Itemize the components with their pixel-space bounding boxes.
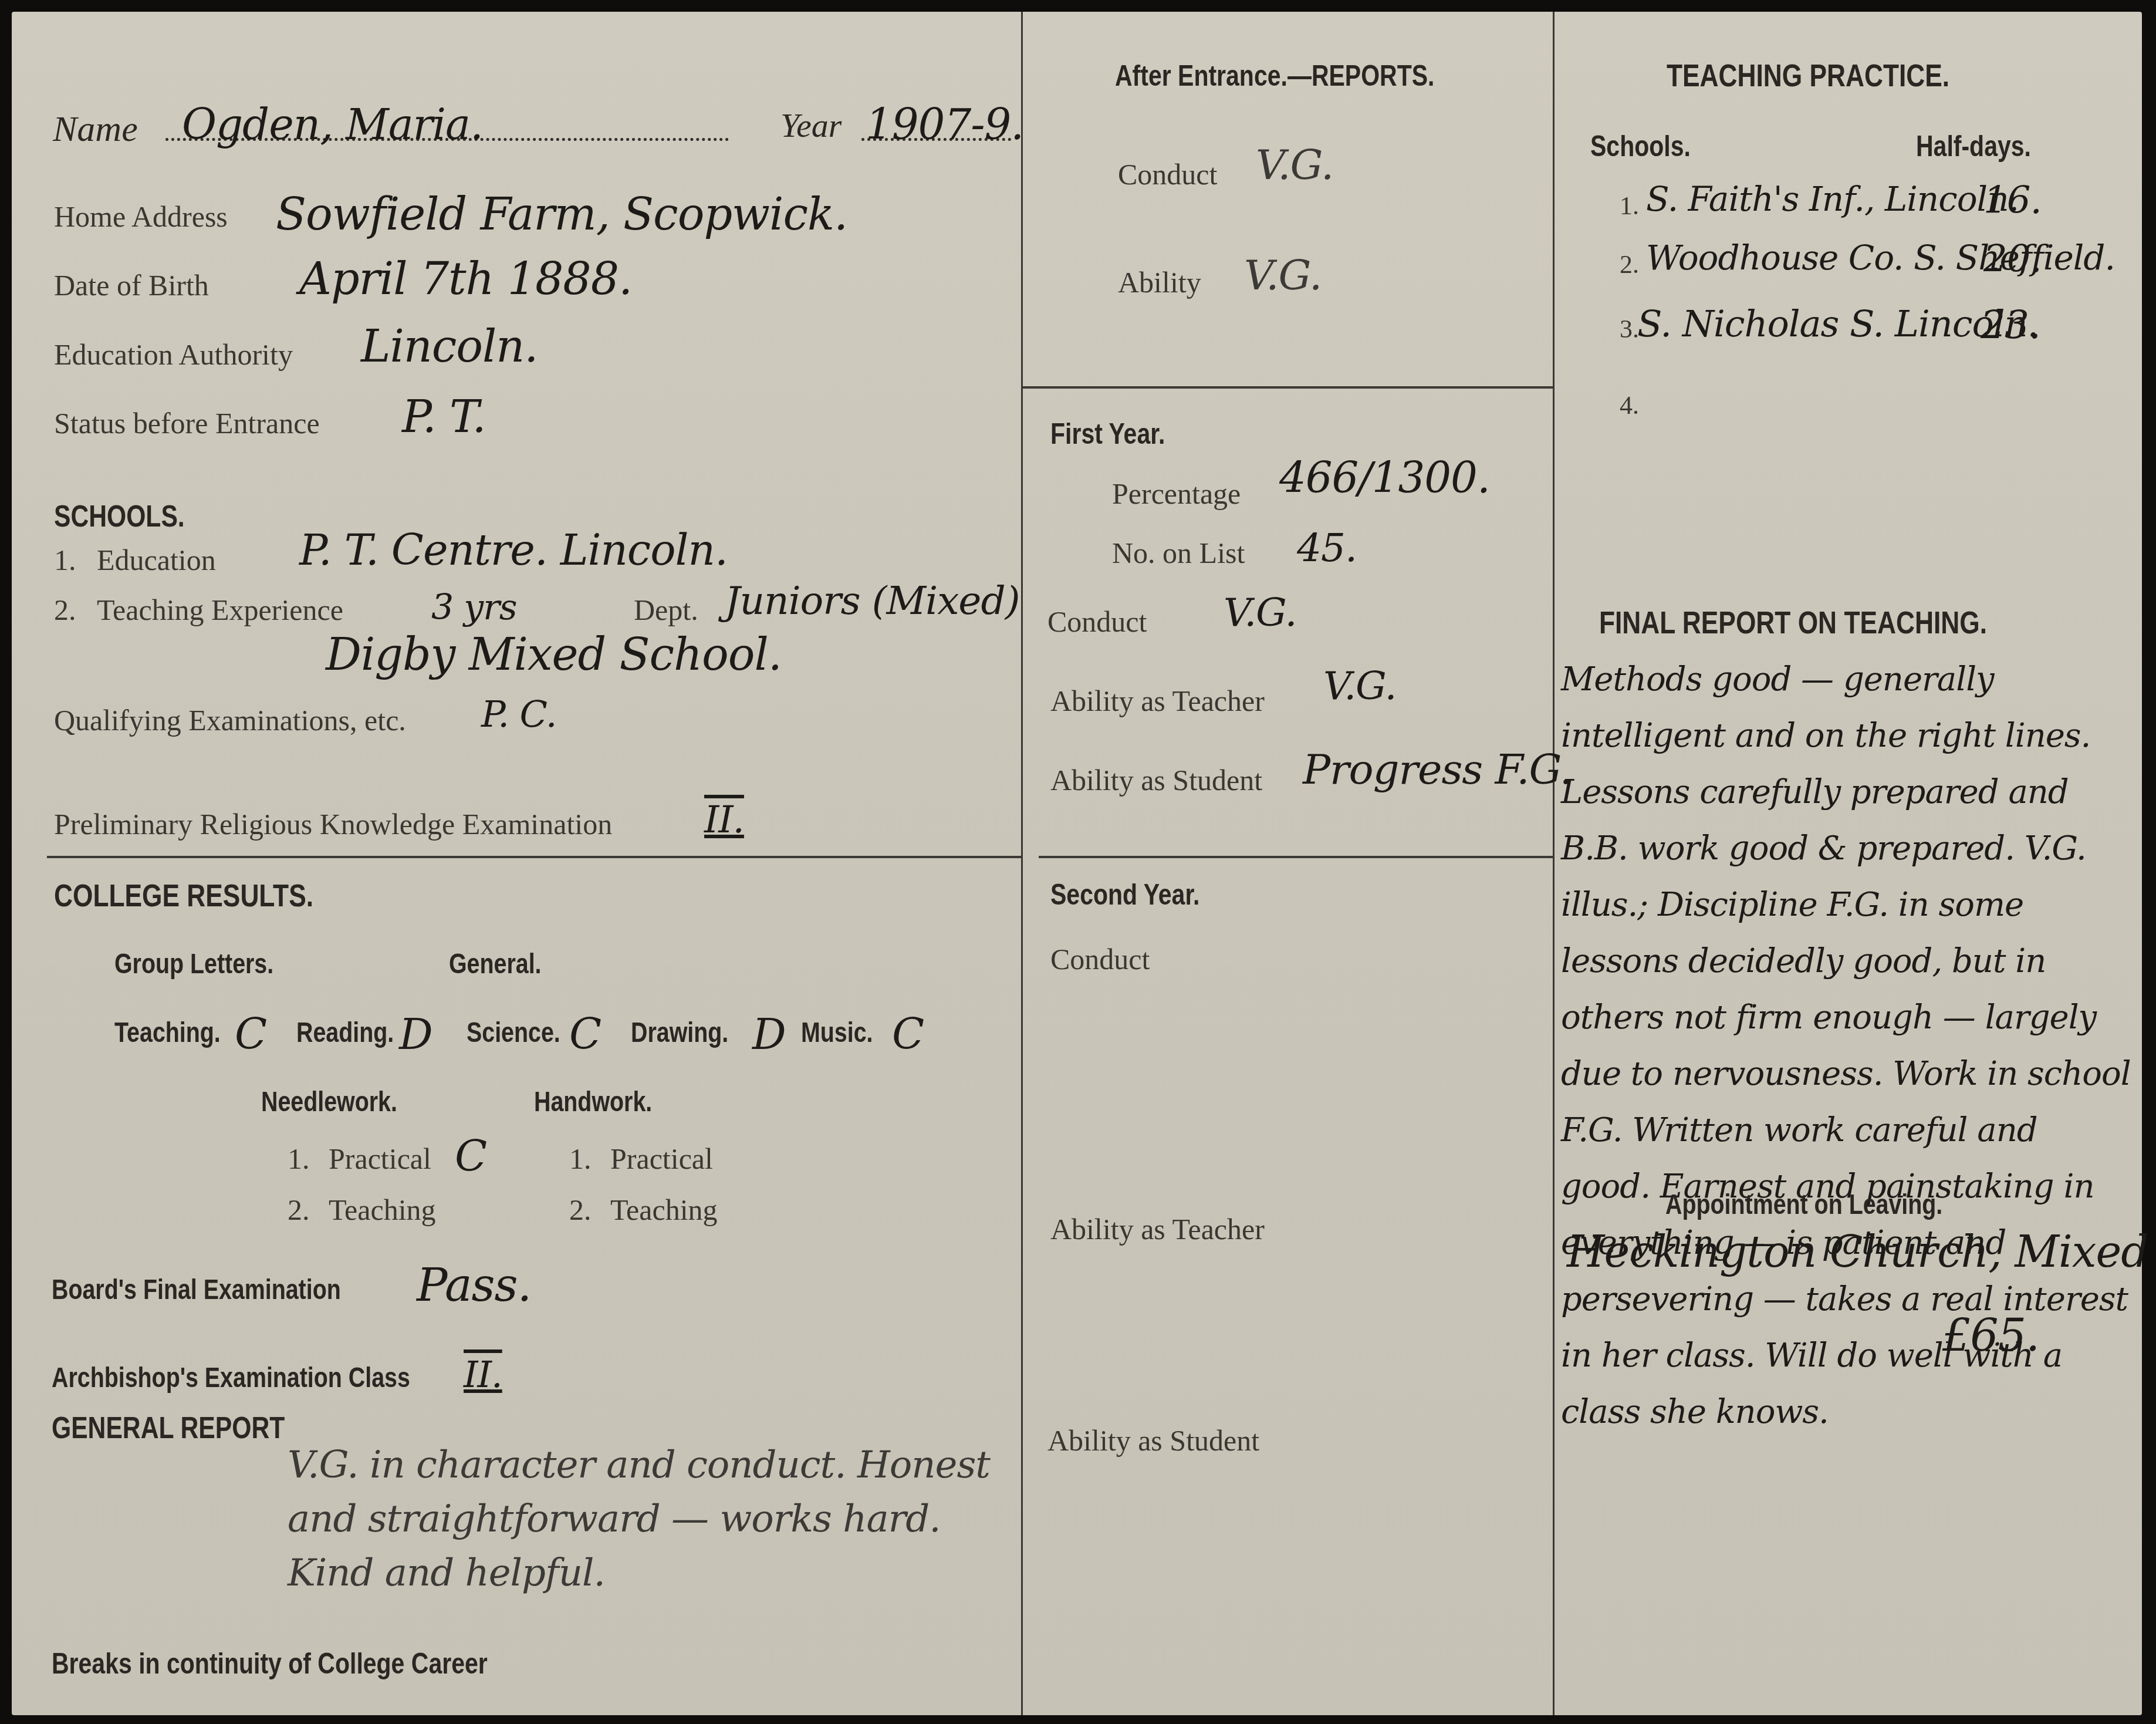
practice-school: S. Faith's Inf., Lincoln. bbox=[1646, 179, 2019, 219]
handwork-practical-number: 1. bbox=[569, 1142, 592, 1176]
second-year-student-label: Ability as Student bbox=[1047, 1423, 1259, 1458]
percentage-label: Percentage bbox=[1112, 477, 1241, 511]
teaching-number: 2. bbox=[54, 593, 76, 627]
grade-drawing-label: Drawing. bbox=[631, 1017, 728, 1049]
record-card: Name Ogden, Maria. Year 1907-9. Home Add… bbox=[12, 12, 2142, 1715]
no-on-list-value: 45. bbox=[1297, 525, 1357, 571]
practice-school: Woodhouse Co. S. Sheffield. bbox=[1646, 238, 2115, 278]
schools-heading: SCHOOLS. bbox=[54, 499, 185, 534]
after-entrance-conduct-value: V.G. bbox=[1256, 141, 1333, 189]
no-on-list-label: No. on List bbox=[1112, 536, 1245, 570]
first-year-conduct-label: Conduct bbox=[1047, 605, 1147, 639]
final-report-heading: FINAL REPORT ON TEACHING. bbox=[1599, 605, 1987, 641]
divider-mid-firstyear bbox=[1023, 386, 1553, 389]
education-value: P. T. Centre. Lincoln. bbox=[299, 525, 728, 575]
dept-value: Juniors (Mixed) bbox=[725, 578, 1019, 623]
first-year-conduct-value: V.G. bbox=[1224, 590, 1296, 635]
needlework-teaching-number: 2. bbox=[288, 1193, 310, 1227]
general-label: General. bbox=[449, 948, 542, 980]
general-report-value: V.G. in character and conduct. Honest an… bbox=[288, 1438, 1015, 1600]
archbishop-value: II. bbox=[464, 1353, 502, 1396]
handwork-teaching-label: Teaching bbox=[610, 1193, 718, 1227]
handwork-teaching-number: 2. bbox=[569, 1193, 592, 1227]
grade-teaching-label: Teaching. bbox=[114, 1017, 221, 1049]
teaching-practice-heading: TEACHING PRACTICE. bbox=[1667, 58, 1949, 94]
teaching-school-value: Digby Mixed School. bbox=[326, 628, 782, 680]
schools-column-label: Schools. bbox=[1590, 129, 1691, 163]
breaks-label: Breaks in continuity of College Career bbox=[52, 1647, 488, 1681]
grade-science-value: C bbox=[569, 1010, 601, 1059]
status-label: Status before Entrance bbox=[54, 406, 320, 440]
education-label: Education bbox=[97, 543, 216, 577]
qualifying-value: P. C. bbox=[481, 693, 557, 736]
teaching-experience-label: Teaching Experience bbox=[97, 593, 343, 627]
second-year-conduct-label: Conduct bbox=[1050, 942, 1150, 976]
group-letters-label: Group Letters. bbox=[114, 948, 273, 980]
final-report-text: Methods good — generally intelligent and… bbox=[1561, 652, 2136, 1440]
archbishop-label: Archbishop's Examination Class bbox=[52, 1362, 410, 1394]
practice-halfdays: 16. bbox=[1983, 179, 2042, 222]
first-year-student-value: Progress F.G. bbox=[1303, 745, 1572, 794]
education-authority-value: Lincoln. bbox=[361, 320, 538, 372]
divider-mid-secondyear bbox=[1039, 856, 1553, 858]
grade-teaching-value: C bbox=[235, 1010, 266, 1059]
dob-label: Date of Birth bbox=[54, 268, 209, 302]
dob-value: April 7th 1888. bbox=[299, 252, 632, 305]
handwork-practical-label: Practical bbox=[610, 1142, 713, 1176]
boards-final-value: Pass. bbox=[417, 1259, 531, 1312]
status-value: P. T. bbox=[402, 390, 486, 443]
handwork-label: Handwork. bbox=[534, 1086, 652, 1118]
grade-reading-label: Reading. bbox=[296, 1017, 394, 1049]
appointment-label: Appointment on Leaving. bbox=[1665, 1189, 1942, 1221]
education-authority-label: Education Authority bbox=[54, 338, 293, 372]
divider-left-college bbox=[47, 856, 1021, 858]
percentage-value: 466/1300. bbox=[1279, 453, 1490, 502]
religious-knowledge-label: Preliminary Religious Knowledge Examinat… bbox=[54, 807, 612, 841]
dept-label: Dept. bbox=[634, 593, 698, 627]
grade-reading-value: D bbox=[399, 1010, 432, 1059]
halfdays-column-label: Half-days. bbox=[1916, 129, 2031, 163]
practice-number: 3. bbox=[1620, 314, 1639, 344]
after-entrance-heading: After Entrance.—REPORTS. bbox=[1115, 59, 1434, 93]
first-year-student-label: Ability as Student bbox=[1050, 763, 1262, 797]
college-results-heading: COLLEGE RESULTS. bbox=[54, 878, 313, 914]
practice-halfdays: 23. bbox=[1981, 302, 2040, 348]
grade-science-label: Science. bbox=[467, 1017, 560, 1049]
needlework-practical-value: C bbox=[455, 1132, 486, 1181]
boards-final-label: Board's Final Examination bbox=[52, 1274, 341, 1306]
column-divider-left bbox=[1021, 12, 1023, 1715]
second-year-teacher-label: Ability as Teacher bbox=[1050, 1212, 1265, 1246]
practice-number: 1. bbox=[1620, 191, 1639, 221]
first-year-teacher-value: V.G. bbox=[1323, 663, 1396, 709]
religious-knowledge-value: II. bbox=[704, 798, 744, 842]
second-year-heading: Second Year. bbox=[1050, 878, 1200, 912]
first-year-teacher-label: Ability as Teacher bbox=[1050, 684, 1265, 718]
after-entrance-ability-label: Ability bbox=[1118, 265, 1201, 299]
needlework-practical-label: Practical bbox=[329, 1142, 431, 1176]
salary-value: £65. bbox=[1942, 1309, 2039, 1361]
home-address-value: Sowfield Farm, Scopwick. bbox=[276, 188, 847, 240]
name-label: Name bbox=[53, 109, 138, 150]
general-report-label: GENERAL REPORT bbox=[52, 1411, 285, 1446]
needlework-label: Needlework. bbox=[261, 1086, 397, 1118]
education-number: 1. bbox=[54, 543, 76, 577]
needlework-teaching-label: Teaching bbox=[329, 1193, 436, 1227]
home-address-label: Home Address bbox=[54, 200, 228, 234]
practice-number: 4. bbox=[1620, 390, 1639, 420]
practice-halfdays: 20. bbox=[1983, 238, 2042, 281]
practice-number: 2. bbox=[1620, 249, 1639, 279]
after-entrance-conduct-label: Conduct bbox=[1118, 157, 1217, 191]
appointment-value: Heckington Church, Mixed bbox=[1567, 1227, 2148, 1277]
first-year-heading: First Year. bbox=[1050, 417, 1165, 451]
after-entrance-ability-value: V.G. bbox=[1244, 251, 1322, 299]
needlework-practical-number: 1. bbox=[288, 1142, 310, 1176]
grade-music-value: C bbox=[892, 1010, 924, 1059]
practice-school: S. Nicholas S. Lincoln. bbox=[1637, 302, 2038, 345]
column-divider-right bbox=[1553, 12, 1555, 1715]
teaching-experience-value: 3 yrs bbox=[431, 587, 517, 628]
grade-drawing-value: D bbox=[752, 1010, 786, 1059]
year-label: Year bbox=[780, 106, 842, 145]
qualifying-label: Qualifying Examinations, etc. bbox=[54, 703, 406, 737]
name-value: Ogden, Maria. bbox=[182, 100, 483, 149]
year-value: 1907-9. bbox=[866, 100, 1023, 149]
grade-music-label: Music. bbox=[801, 1017, 873, 1049]
